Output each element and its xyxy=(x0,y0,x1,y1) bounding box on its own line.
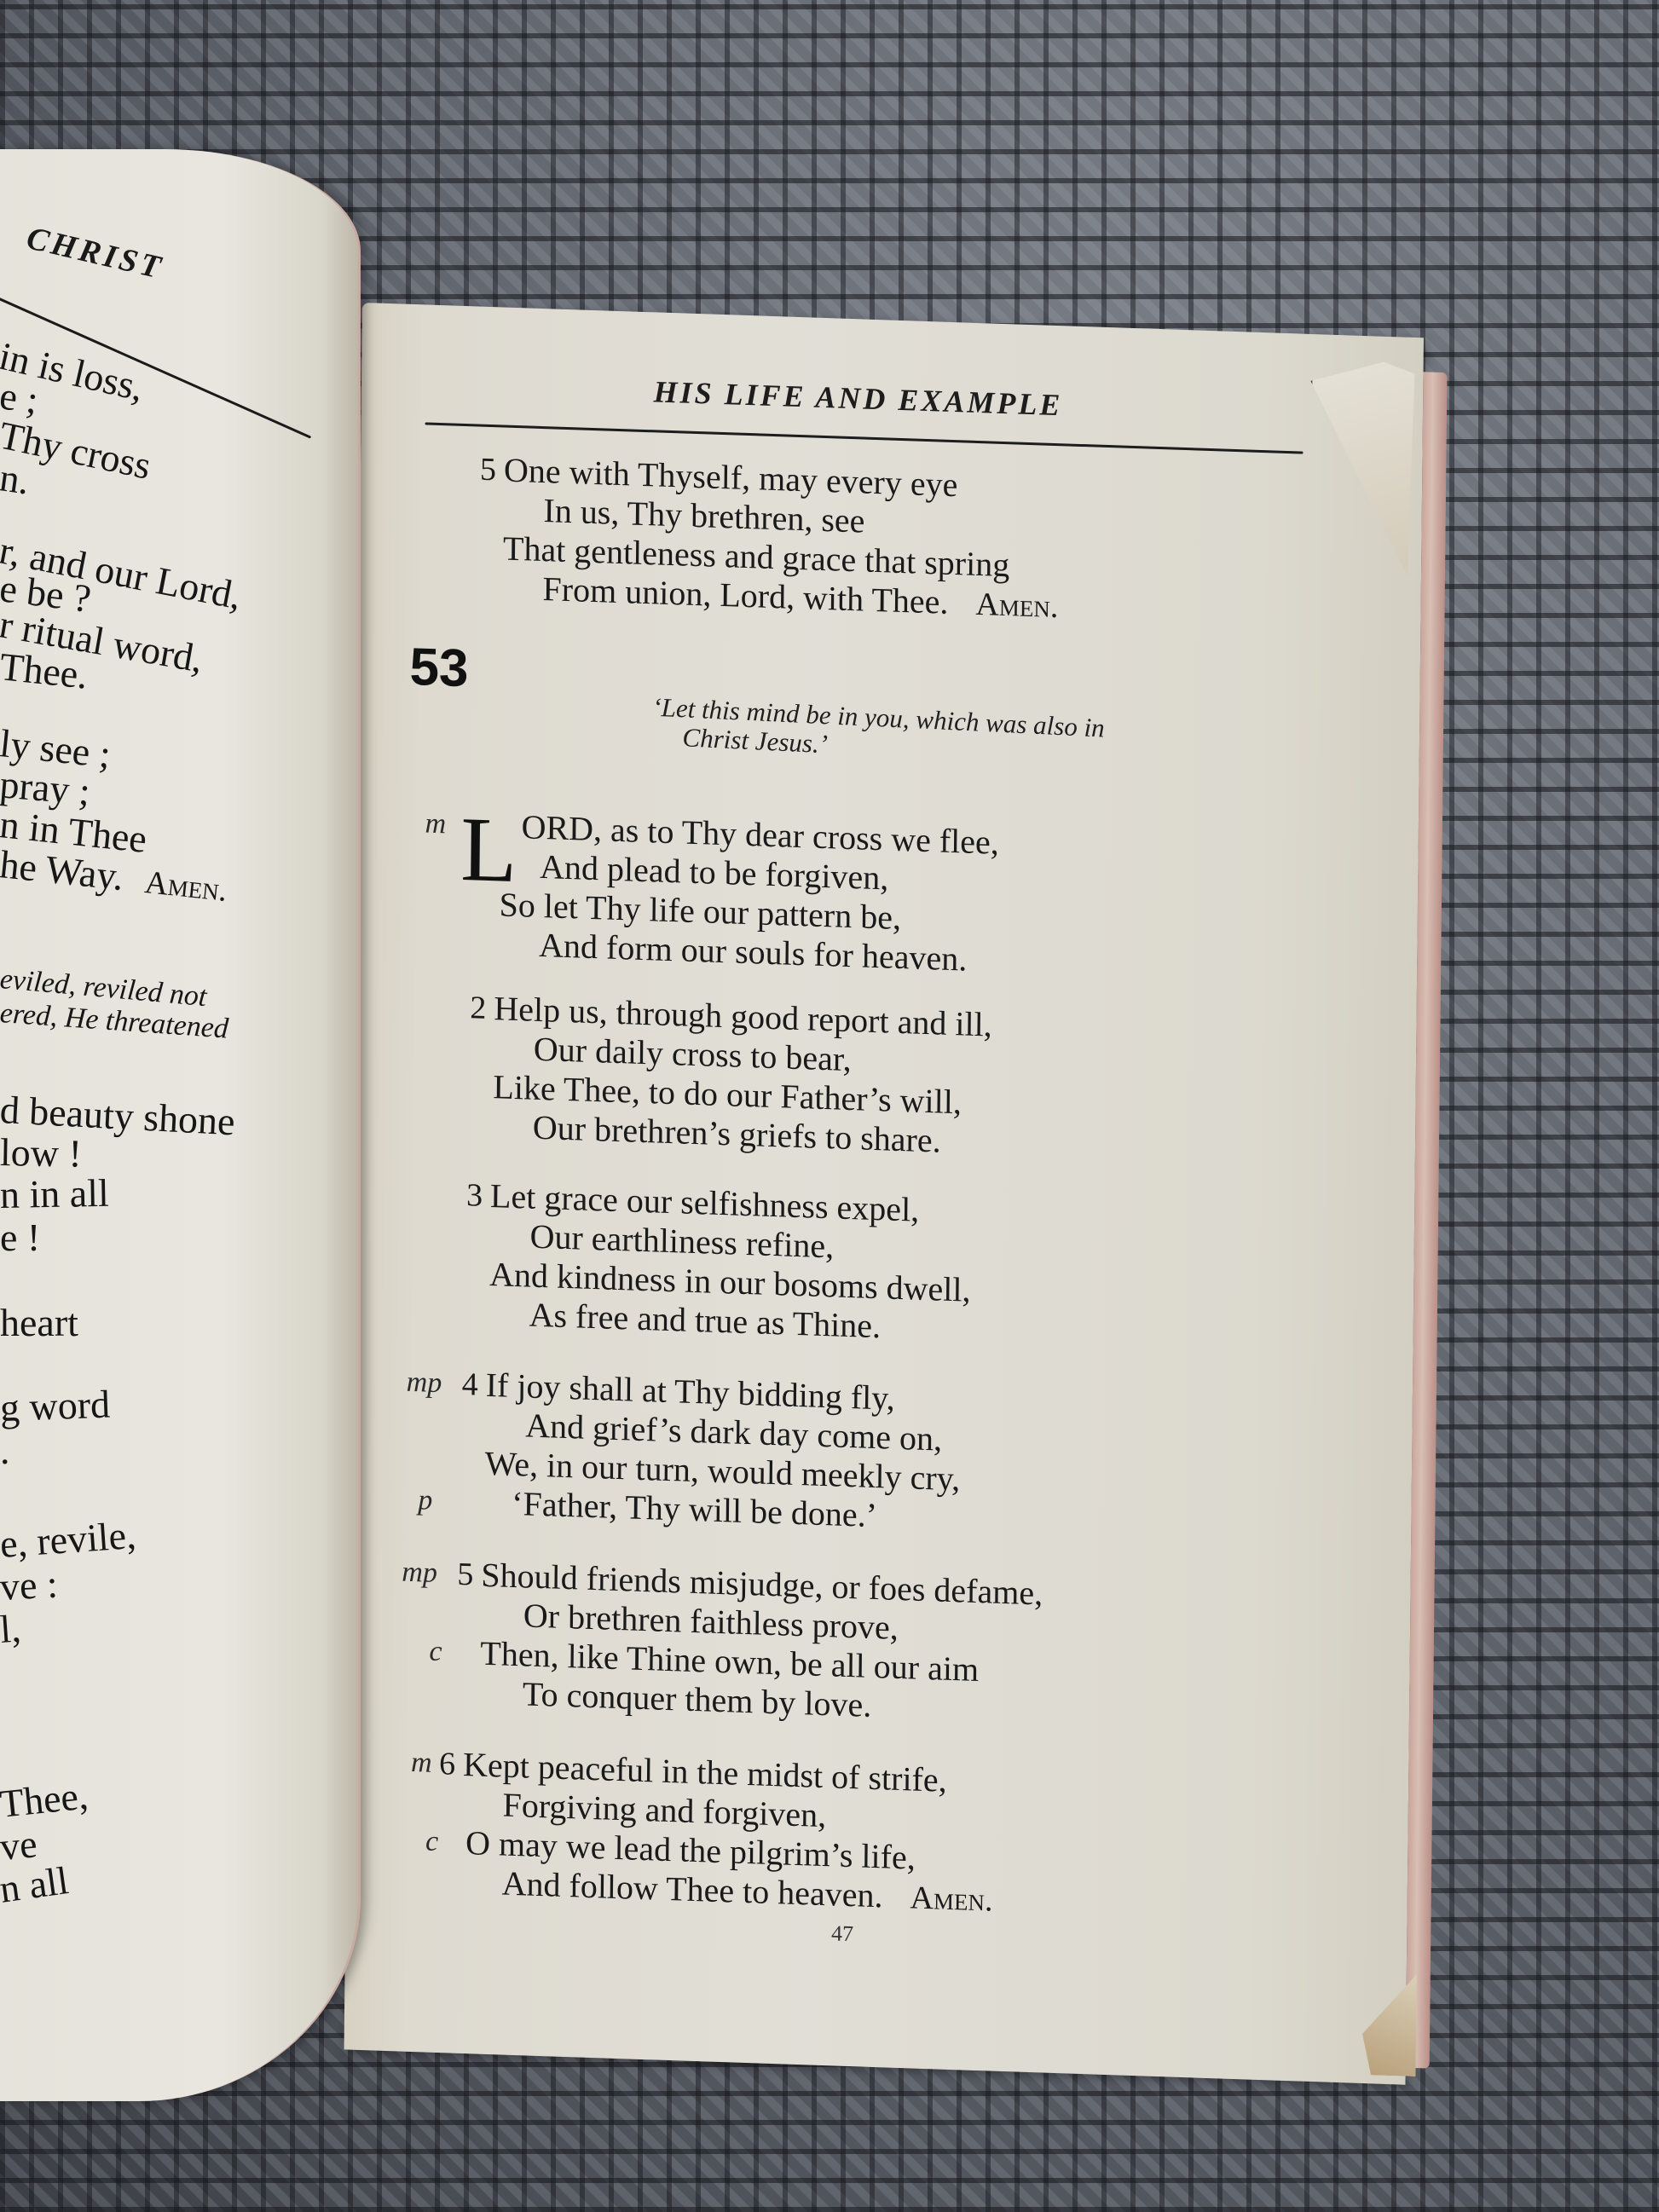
dynamic-marking: c xyxy=(425,1822,439,1862)
verse-number: 3 xyxy=(466,1175,483,1216)
left-line: n all xyxy=(0,1857,71,1912)
folded-corner-bottom xyxy=(1356,1972,1417,2076)
verse-2: 2 Help us, through good report and ill, … xyxy=(354,985,1417,1176)
left-amen: Amen. xyxy=(143,864,229,909)
dynamic-marking: mp xyxy=(402,1553,437,1593)
dynamic-marking: m xyxy=(425,804,446,844)
amen: Amen. xyxy=(975,586,1058,625)
left-line: heart xyxy=(0,1300,78,1345)
dynamic-marking: p xyxy=(418,1481,432,1521)
previous-hymn-verse: 5 One with Thyself, may every eye In us,… xyxy=(359,446,1422,638)
left-line: n. xyxy=(0,454,32,503)
left-line: l, xyxy=(0,1605,22,1652)
left-running-header: CHRIST xyxy=(23,219,167,287)
verse-number: 2 xyxy=(470,988,486,1028)
verse-1: m ORD, as to Thy dear cross we flee, And… xyxy=(355,802,1419,994)
verse-5: mp 5 Should friends misjudge, or foes de… xyxy=(348,1551,1411,1743)
left-line: Thee, xyxy=(0,1772,90,1827)
left-page: CHRIST in is loss, e ; Thy cross n. r, a… xyxy=(0,149,361,2101)
dynamic-marking: m xyxy=(411,1743,432,1783)
verse-number: 4 xyxy=(462,1365,478,1405)
verse-6: m 6 Kept peaceful in the midst of strife… xyxy=(345,1741,1408,1933)
amen: Amen. xyxy=(910,1880,992,1918)
right-page: HIS LIFE AND EXAMPLE 5 One with Thyself,… xyxy=(344,303,1424,2085)
verse-number: 5 xyxy=(457,1555,473,1595)
dynamic-marking: c xyxy=(429,1632,442,1672)
verse-number: 5 xyxy=(480,450,496,490)
left-line: e ! xyxy=(0,1215,40,1260)
left-line: n in all xyxy=(0,1170,109,1217)
left-line: low ! xyxy=(0,1129,82,1176)
left-line: Thee. xyxy=(0,644,90,698)
header-rule xyxy=(425,422,1303,453)
left-line: g word xyxy=(0,1382,111,1430)
left-line: ve : xyxy=(0,1561,59,1608)
hymn-number: 53 xyxy=(409,637,469,699)
page-number: 47 xyxy=(831,1920,853,1947)
left-line: . xyxy=(0,1428,10,1473)
left-line: e, revile, xyxy=(0,1512,137,1567)
hymn-epigraph: ‘Let this mind be in you, which was also… xyxy=(651,693,1105,772)
verse-number: 6 xyxy=(439,1744,455,1784)
dynamic-marking: mp xyxy=(407,1363,442,1403)
verse-4: mp 4 If joy shall at Thy bidding fly, An… xyxy=(350,1361,1413,1553)
verse-3: 3 Let grace our selfishness expel, Our e… xyxy=(351,1172,1414,1364)
running-header: HIS LIFE AND EXAMPLE xyxy=(327,363,1389,434)
